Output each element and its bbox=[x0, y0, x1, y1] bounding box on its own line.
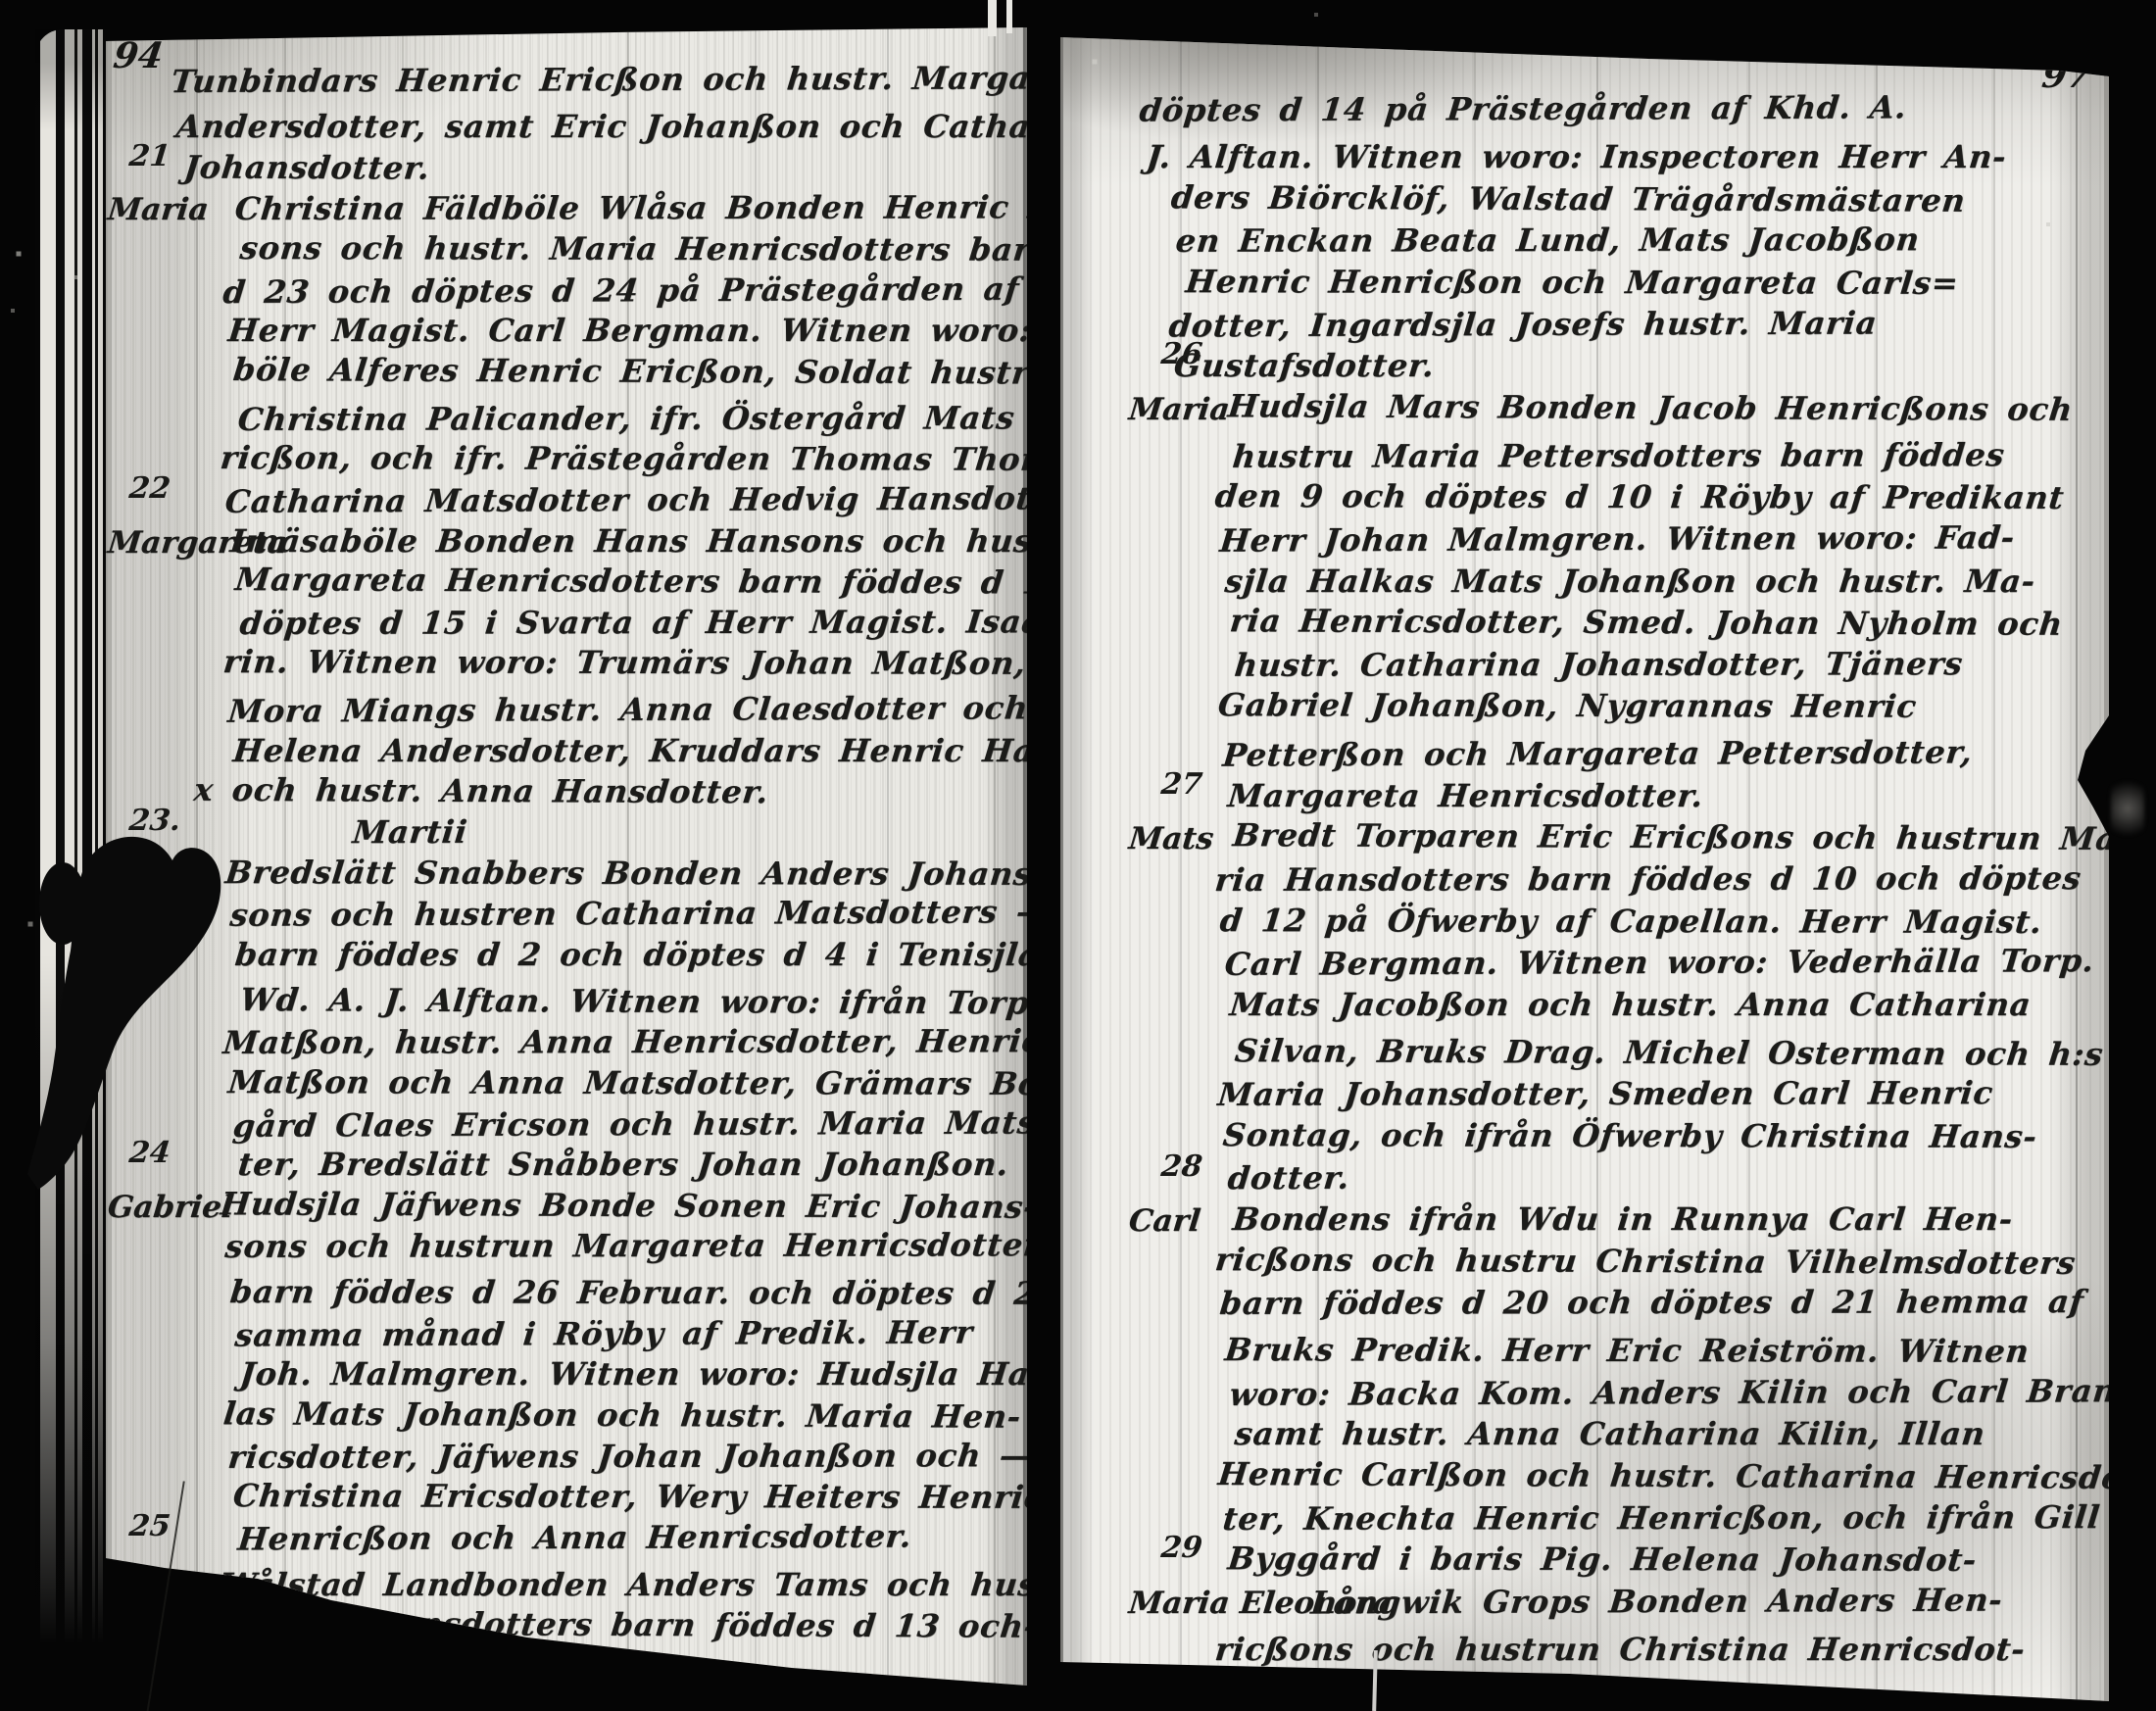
left-page: 94 Tunbindars Henric Ericßon och hustr. … bbox=[106, 27, 1027, 1693]
line-text: Imäsaböle Bonden Hans Hansons och hustr. bbox=[228, 522, 1027, 560]
entry-name: Gabriel bbox=[106, 1190, 235, 1225]
entry-number: 23. bbox=[127, 804, 182, 838]
line-text: Henric Henricßon och Margareta Carls= bbox=[1184, 263, 1961, 302]
line-text: Christina Fäldböle Wlåsa Bonden Henric H… bbox=[233, 188, 1027, 227]
line-text: Joh. Malmgren. Witnen woro: Hudsjla Hal- bbox=[238, 1355, 1027, 1393]
line-text: J. Alftan. Witnen woro: Inspectoren Herr… bbox=[1145, 138, 2008, 175]
line-text: Hudsjla Mars Bonden Jacob Henricßons och bbox=[1226, 387, 2075, 428]
line-text: Henricßon och Anna Henricsdotter. bbox=[235, 1517, 913, 1557]
line-text: hustru Maria Pettersdotters barn föddes bbox=[1230, 436, 2006, 475]
line-text: Helena Andersdotter, Kruddars Henric Han… bbox=[231, 732, 1027, 769]
line-text: dotter, Ingardsjla Josefs hustr. Maria bbox=[1166, 304, 1878, 344]
film-mottle bbox=[2111, 772, 2144, 845]
line-text: Catharina Matsdotter och Hedvig Hansdott… bbox=[223, 479, 1027, 520]
line-text: Petterßon och Margareta Pettersdotter, bbox=[1220, 734, 1974, 774]
line-text: Johansdotter. bbox=[182, 148, 432, 186]
page-number-right: 97 bbox=[2039, 55, 2094, 96]
line-text: samma månad i Röyby af Predik. Herr bbox=[233, 1313, 975, 1353]
entry-name: Mats bbox=[106, 857, 194, 893]
line-text: ricßons och hustru Christina Vilhelmsdot… bbox=[1213, 1241, 2078, 1282]
line-text: d 12 på Öfwerby af Capellan. Herr Magist… bbox=[1218, 902, 2044, 941]
line-text: böle Alferes Henric Ericßon, Soldat hust… bbox=[231, 351, 1027, 392]
line-text: Bredt Torparen Eric Ericßons och hustrun… bbox=[1231, 816, 2109, 857]
line-text: Carl Bergman. Witnen woro: Vederhälla To… bbox=[1223, 942, 2096, 983]
entry-number: 29 bbox=[1159, 1531, 1203, 1565]
line-text: ter, Bredslätt Snåbbers Johan Johanßon. bbox=[236, 1146, 1010, 1183]
line-text: las Mats Johanßon och hustr. Maria Hen- bbox=[221, 1394, 1023, 1435]
line-text: barn föddes d 2 och döptes d 4 i Tenisjl… bbox=[233, 936, 1027, 973]
line-text: Wd. A. J. Alftan. Witnen woro: ifrån Tor… bbox=[238, 981, 1027, 1022]
line-text: Bondens ifrån Wdu in Runnya Carl Hen- bbox=[1231, 1200, 2015, 1238]
line-text: Margareta Henricsdotters barn föddes d 1… bbox=[233, 561, 1027, 602]
entry-name: Carl bbox=[1127, 1203, 1202, 1239]
entry-number: 21 bbox=[127, 139, 171, 173]
line-text: gård Claes Ericson och hustr. Maria Mats… bbox=[230, 1103, 1027, 1145]
film-scratch bbox=[1372, 1650, 1378, 1711]
line-text: Martii bbox=[351, 813, 469, 851]
line-text: Sontag, och ifrån Öfwerby Christina Hans… bbox=[1221, 1116, 2039, 1155]
line-text: Tunbindars Henric Ericßon och hustr. Mar… bbox=[170, 59, 1027, 100]
line-text: sons och hustren Catharina Matsdotters — bbox=[228, 893, 1027, 933]
line-text: hustr. Catharina Johansdotter, Tjäners bbox=[1233, 645, 1965, 684]
film-specks bbox=[0, 0, 2, 2]
line-text: Andersdotter, samt Eric Johanßon och Cat… bbox=[174, 108, 1027, 145]
line-text: d 23 och döptes d 24 på Prästegården af … bbox=[220, 269, 1027, 311]
line-text: ter, Knechta Henric Henricßon, och ifrån… bbox=[1220, 1498, 2101, 1538]
line-text: Silvan, Bruks Drag. Michel Osterman och … bbox=[1233, 1032, 2105, 1073]
line-text: samt hustr. Anna Catharina Kilin, Illan bbox=[1233, 1415, 1987, 1452]
line-text: woro: Backa Kom. Anders Kilin och Carl B… bbox=[1228, 1372, 2109, 1413]
right-page: 97 döptes d 14 på Prästegården af Khd. A… bbox=[1060, 29, 2109, 1711]
line-text: sjla Halkas Mats Johanßon och hustr. Ma- bbox=[1223, 562, 2037, 600]
entry-number: 22 bbox=[127, 471, 171, 506]
line-text: Långwik Grops Bonden Anders Hen- bbox=[1308, 1581, 2003, 1621]
film-scratch bbox=[1006, 0, 1012, 33]
line-text: Bredslätt Snabbers Bonden Anders Johans- bbox=[223, 854, 1027, 893]
entry-name: Maria bbox=[106, 192, 210, 227]
line-text: rin. Witnen woro: Trumärs Johan Matßon, bbox=[221, 643, 1027, 682]
line-text: Christina Ericsdotter, Wery Heiters Henr… bbox=[231, 1477, 1027, 1516]
line-text: Byggård i baris Pig. Helena Johansdot- bbox=[1226, 1540, 1979, 1579]
line-text: barn föddes d 26 Februar. och döptes d 2… bbox=[228, 1273, 1027, 1312]
line-text: ders Biörcklöf, Walstad Trägårdsmästaren bbox=[1169, 178, 1968, 219]
entry-number: 28 bbox=[1159, 1149, 1203, 1184]
line-text: Matßon och Anna Matsdotter, Grämars Bor- bbox=[226, 1063, 1027, 1102]
line-text: Margareta Henricsdotter. bbox=[1226, 777, 1705, 814]
microfilm-scan: 94 Tunbindars Henric Ericßon och hustr. … bbox=[0, 0, 2156, 1711]
line-text: Gabriel Johanßon, Nygrannas Henric bbox=[1216, 687, 1919, 725]
line-text: ria Hansdotters barn föddes d 10 och döp… bbox=[1213, 859, 2083, 899]
line-text: ricßons och hustrun Christina Henricsdot… bbox=[1213, 1631, 2027, 1668]
line-text: en Enckan Beata Lund, Mats Jacobßon bbox=[1174, 221, 1922, 261]
line-text: Wålstad Landbonden Anders Tams och hustr… bbox=[219, 1566, 1027, 1603]
film-scratch bbox=[988, 0, 997, 36]
line-text: sons och hustr. Maria Henricsdotters bar… bbox=[238, 229, 1027, 269]
line-text: Matßon, hustr. Anna Henricsdotter, Henri… bbox=[220, 1022, 1027, 1061]
line-text: Mats Jacobßon och hustr. Anna Catharina bbox=[1228, 986, 2033, 1023]
line-text: Henric Carlßon och hustr. Catharina Henr… bbox=[1216, 1455, 2109, 1496]
line-text: dotter. bbox=[1226, 1158, 1351, 1197]
line-text: ria Henricsdotter, Smed. Johan Nyholm oc… bbox=[1228, 602, 2065, 643]
entry-number: 24 bbox=[127, 1136, 171, 1170]
line-text: Bruks Predik. Herr Eric Reiström. Witnen bbox=[1223, 1331, 2032, 1370]
line-text: den 9 och döptes d 10 i Röyby af Predika… bbox=[1213, 477, 2066, 516]
line-text: Anna Johansdotters barn föddes d 13 och— bbox=[223, 1605, 1027, 1646]
entry-name: Mats bbox=[1127, 821, 1215, 856]
line-text: Hudsjla Jäfwens Bonde Sonen Eric Johans- bbox=[219, 1185, 1027, 1225]
line-text: Christina Palicander, ifr. Östergård Mat… bbox=[235, 399, 1027, 438]
line-text: döptes d 14 på Prästegården af Khd. A. bbox=[1138, 89, 1909, 129]
line-text: Mora Miangs hustr. Anna Claesdotter och bbox=[225, 689, 1027, 729]
line-text: döptes d 15 i Svarta af Herr Magist. Isa… bbox=[238, 603, 1027, 642]
line-text: ricsdotter, Jäfwens Johan Johanßon och — bbox=[225, 1437, 1027, 1476]
page-number-left: 94 bbox=[111, 35, 166, 76]
line-text: x och hustr. Anna Hansdotter. bbox=[192, 771, 770, 810]
paper-grain-line bbox=[1180, 29, 1182, 1711]
line-text: Gustafsdotter. bbox=[1172, 347, 1437, 384]
entry-number: 27 bbox=[1159, 767, 1203, 802]
line-text: barn föddes d 20 och döptes d 21 hemma a… bbox=[1218, 1283, 2085, 1322]
line-text: sons och hustrun Margareta Henricsdotter… bbox=[223, 1226, 1027, 1265]
book-spine-page-edges bbox=[35, 29, 110, 1711]
entry-name: Maria bbox=[1127, 392, 1231, 427]
line-text: Herr Johan Malmgren. Witnen woro: Fad- bbox=[1218, 518, 2017, 559]
entry-number: 25 bbox=[127, 1509, 171, 1543]
line-text: Maria Johansdotter, Smeden Carl Henric bbox=[1215, 1074, 1994, 1113]
line-text: Herr Magist. Carl Bergman. Witnen woro: … bbox=[226, 312, 1027, 349]
paper-grain-line bbox=[196, 27, 198, 1693]
line-text: ricßon, och ifr. Prästegården Thomas Tho… bbox=[219, 439, 1027, 478]
